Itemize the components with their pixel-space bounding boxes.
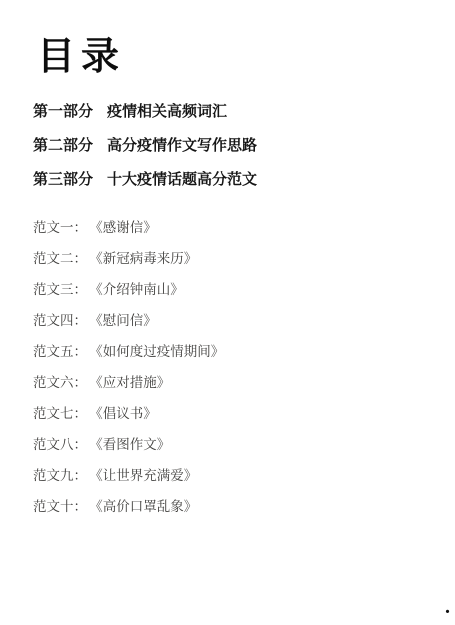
essay-number: 范文九：: [33, 468, 87, 483]
essay-title: 《新冠病毒来历》: [96, 251, 197, 266]
essay-number: 范文八：: [33, 437, 87, 452]
list-item: 范文六：《应对措施》: [33, 376, 224, 390]
essay-number: 范文七：: [33, 406, 87, 421]
list-item: 范文一：《感谢信》: [33, 221, 224, 235]
essay-title: 《看图作文》: [96, 437, 170, 452]
essay-number: 范文一：: [33, 220, 87, 235]
essay-number: 范文六：: [33, 375, 87, 390]
essay-title: 《倡议书》: [96, 406, 157, 421]
list-item: 范文三：《介绍钟南山》: [33, 283, 224, 297]
essay-list: 范文一：《感谢信》 范文二：《新冠病毒来历》 范文三：《介绍钟南山》 范文四：《…: [33, 221, 224, 514]
essay-title: 《高价口罩乱象》: [96, 499, 197, 514]
section-part-label: 第二部分: [33, 138, 93, 154]
essay-number: 范文五：: [33, 344, 87, 359]
essay-number: 范文十：: [33, 499, 87, 514]
list-item: 范文七：《倡议书》: [33, 407, 224, 421]
essay-title: 《如何度过疫情期间》: [96, 344, 224, 359]
section-part-3: 第三部分十大疫情话题高分范文: [33, 172, 257, 188]
section-part-2: 第二部分高分疫情作文写作思路: [33, 138, 257, 154]
page-title: 目录: [37, 36, 125, 78]
section-part-label: 第一部分: [33, 104, 93, 120]
list-item: 范文九：《让世界充满爱》: [33, 469, 224, 483]
list-item: 范文四：《慰问信》: [33, 314, 224, 328]
section-title: 高分疫情作文写作思路: [107, 138, 257, 154]
list-item: 范文五：《如何度过疫情期间》: [33, 345, 224, 359]
essay-title: 《让世界充满爱》: [96, 468, 197, 483]
section-part-1: 第一部分疫情相关高频词汇: [33, 104, 257, 120]
essay-title: 《感谢信》: [96, 220, 157, 235]
list-item: 范文八：《看图作文》: [33, 438, 224, 452]
toc-page: 目录 第一部分疫情相关高频词汇 第二部分高分疫情作文写作思路 第三部分十大疫情话…: [0, 0, 455, 625]
essay-title: 《应对措施》: [96, 375, 170, 390]
essay-number: 范文四：: [33, 313, 87, 328]
section-title: 十大疫情话题高分范文: [107, 172, 257, 188]
stray-period: .: [445, 596, 450, 619]
essay-number: 范文二：: [33, 251, 87, 266]
essay-title: 《慰问信》: [96, 313, 157, 328]
essay-title: 《介绍钟南山》: [96, 282, 184, 297]
section-part-label: 第三部分: [33, 172, 93, 188]
section-list: 第一部分疫情相关高频词汇 第二部分高分疫情作文写作思路 第三部分十大疫情话题高分…: [33, 104, 257, 188]
list-item: 范文十：《高价口罩乱象》: [33, 500, 224, 514]
section-title: 疫情相关高频词汇: [107, 104, 227, 120]
list-item: 范文二：《新冠病毒来历》: [33, 252, 224, 266]
essay-number: 范文三：: [33, 282, 87, 297]
